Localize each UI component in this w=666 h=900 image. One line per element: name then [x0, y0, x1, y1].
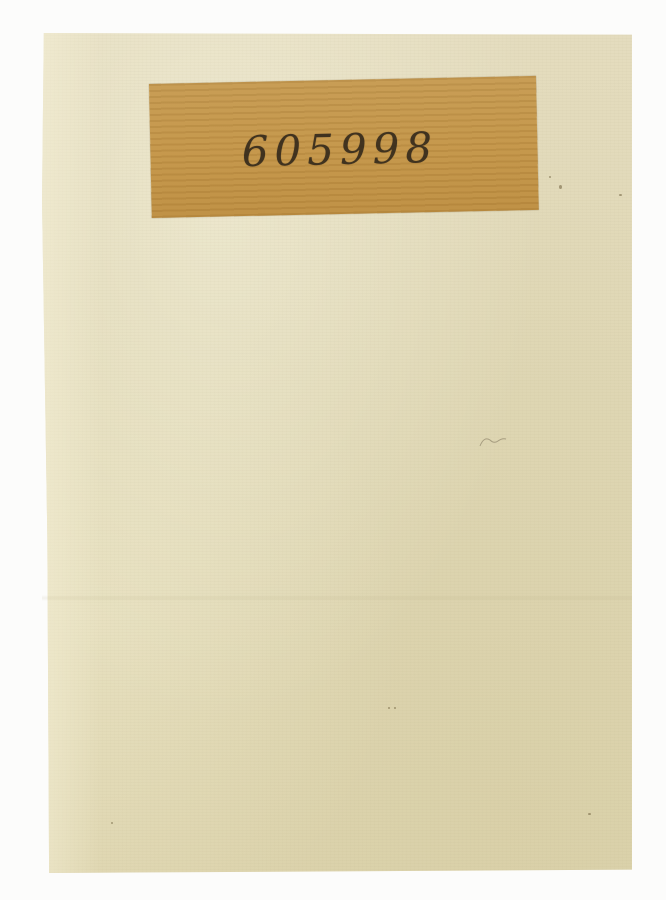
accession-number: 605998: [241, 122, 438, 175]
pencil-mark: [478, 432, 508, 452]
paper-speck: [549, 176, 551, 178]
paper-fold-crease: [42, 595, 632, 601]
tape-label: 605998: [149, 76, 539, 218]
paper-speck: [588, 813, 591, 815]
paper-speck: [111, 822, 113, 824]
paper-speck: [559, 185, 562, 189]
paper-speck: [619, 194, 622, 196]
paper-speck: [394, 707, 396, 709]
paper-speck: [388, 707, 390, 709]
